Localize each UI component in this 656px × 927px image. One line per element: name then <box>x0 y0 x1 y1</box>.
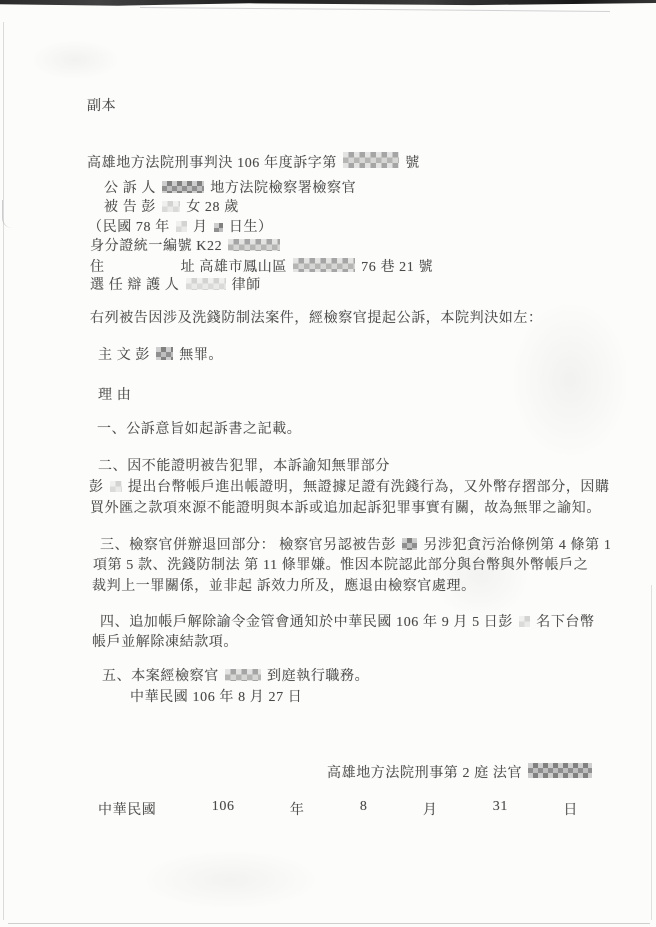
case-title-text: 高雄地方法院刑事判決 106 年度訴字第 <box>87 156 337 171</box>
final-date-year-unit: 年 <box>290 799 305 819</box>
final-date-era: 中華民國 <box>98 799 156 819</box>
final-date-row: 中華民國 106 年 8 月 31 日 <box>98 799 578 819</box>
case-number-unit: 號 <box>405 156 420 171</box>
prosecutor-label: 公 訴 人 <box>104 181 156 196</box>
line-reason4-body1: 四、追加帳戶解除諭令金管會通知於中華民國 106 年 9 月 5 日彭 名下台幣 <box>100 614 595 631</box>
line-defendant: 被 告 彭 女 28 歲 <box>104 199 239 216</box>
reason4-pre: 四、追加帳戶解除諭令金管會通知於中華民國 106 年 9 月 5 日彭 <box>100 615 513 630</box>
counsel-label: 選 任 辯 護 人 <box>90 278 179 293</box>
defendant-value: 女 28 歲 <box>186 200 239 215</box>
final-date-day-unit: 日 <box>563 799 578 819</box>
defendant-label: 被 告 彭 <box>104 200 156 215</box>
redaction-case-number <box>343 152 399 168</box>
scan-squiggle-mark <box>2 200 12 228</box>
line-decision-date: 中華民國 106 年 8 月 27 日 <box>130 689 302 706</box>
birth-pre: （民國 78 年 <box>88 220 170 235</box>
scan-stain <box>30 40 120 80</box>
line-reason3-body3: 裁判上一罪關係，並非起 訴效力所及，應退由檢察官處理。 <box>92 578 476 595</box>
birth-suffix: 日生） <box>229 220 273 235</box>
court-chamber: 高雄地方法院刑事第 2 庭 法官 <box>327 766 522 781</box>
reason2-line1: 提出台幣帳戶進出帳證明，無證據足證有洗錢行為，又外幣存摺部分，因購 <box>128 480 610 495</box>
reason5-suffix: 到庭執行職務。 <box>267 669 369 684</box>
address-label-1: 住 <box>90 260 105 275</box>
prosecutor-value: 地方法院檢察署檢察官 <box>210 181 356 196</box>
line-reason3-body1: 三、檢察官併辦退回部分： 檢察官另認被告彭 另涉犯貪污治條例第 4 條第 1 <box>100 537 611 554</box>
line-reason2-body1: 彭 提出台幣帳戶進出帳證明，無證據足證有洗錢行為，又外幣存摺部分，因購 <box>89 479 610 496</box>
reason4-line1-end: 名下台幣 <box>536 615 594 630</box>
line-case-title: 高雄地方法院刑事判決 106 年度訴字第 號 <box>87 152 420 172</box>
reason5-pre: 五、本案經檢察官 <box>102 669 219 684</box>
address-suffix: 76 巷 21 號 <box>361 260 433 275</box>
line-court-judge: 高雄地方法院刑事第 2 庭 法官 <box>327 763 594 782</box>
final-date-year: 106 <box>212 799 235 819</box>
redaction-prosecutor-office <box>162 181 204 193</box>
line-reason2-heading: 二、因不能證明被告犯罪，本訴諭知無罪部分 <box>98 458 390 475</box>
scan-edge-bottom <box>8 923 650 924</box>
id-label: 身分證統一編號 K22 <box>90 239 222 254</box>
counsel-suffix: 律師 <box>232 278 261 293</box>
line-intro: 右列被告因涉及洗錢防制法案件，經檢察官提起公訴，本院判決如左： <box>90 310 543 327</box>
redaction-address <box>293 258 355 272</box>
reason2-name: 彭 <box>89 480 104 495</box>
scan-crease-line <box>140 7 610 12</box>
final-date-month: 8 <box>360 799 368 819</box>
line-reason5: 五、本案經檢察官 到庭執行職務。 <box>102 668 369 685</box>
line-verdict: 主 文 彭 無罪。 <box>98 347 223 364</box>
reason3-line1-end: 另涉犯貪污治條例第 4 條第 1 <box>423 538 611 553</box>
redaction-reason2-name <box>110 481 122 492</box>
scan-stain <box>140 850 320 910</box>
redaction-id-number <box>228 239 280 251</box>
scan-edge-right <box>651 585 652 920</box>
final-date-day: 31 <box>493 799 508 819</box>
redaction-birth-day <box>214 223 223 232</box>
line-address: 住址 高雄市鳳山區 76 巷 21 號 <box>90 258 433 276</box>
redaction-verdict-name <box>156 347 173 360</box>
redaction-counsel-name <box>186 278 226 290</box>
scanned-document-page: 副本 高雄地方法院刑事判決 106 年度訴字第 號 公 訴 人 地方法院檢察署檢… <box>0 0 656 927</box>
address-city: 高雄市鳳山區 <box>199 260 287 275</box>
address-label-2: 址 <box>181 260 196 275</box>
line-reason1: 一、公訴意旨如起訴書之記載。 <box>97 421 301 438</box>
redaction-defendant-name <box>162 201 180 212</box>
redaction-birth-month <box>176 221 187 232</box>
verdict-text: 無罪。 <box>179 348 223 363</box>
redaction-reason4-name <box>519 616 530 627</box>
reason3-pre: 三、檢察官併辦退回部分： 檢察官另認被告彭 <box>100 538 396 553</box>
final-date-month-unit: 月 <box>423 799 438 819</box>
scan-edge-top <box>0 0 656 6</box>
redaction-judge-name <box>528 763 592 778</box>
line-counsel: 選 任 辯 護 人 律師 <box>90 277 261 294</box>
birth-month-label: 月 <box>193 220 208 235</box>
line-birthdate: （民國 78 年 月 日生） <box>88 219 273 236</box>
redaction-reason3-name <box>402 538 417 550</box>
line-reason3-body2: 項第 5 款、洗錢防制法 第 11 條罪嫌。惟因本院認此部分與台幣與外幣帳戶之 <box>93 557 588 574</box>
scan-edge-left <box>3 22 4 920</box>
verdict-label: 主 文 彭 <box>98 348 150 363</box>
copy-label: 副本 <box>87 98 116 115</box>
reasons-heading: 理 由 <box>98 387 131 404</box>
line-reason2-body2: 買外匯之款項來源不能證明與本訴或追加起訴犯罪事實有關，故為無罪之諭知。 <box>90 500 601 517</box>
line-prosecutor: 公 訴 人 地方法院檢察署檢察官 <box>104 180 356 197</box>
redaction-trial-prosecutor-name <box>225 669 261 681</box>
line-reason4-body2: 帳戶並解除凍結款項。 <box>92 634 238 651</box>
line-id-number: 身分證統一編號 K22 <box>90 238 282 255</box>
